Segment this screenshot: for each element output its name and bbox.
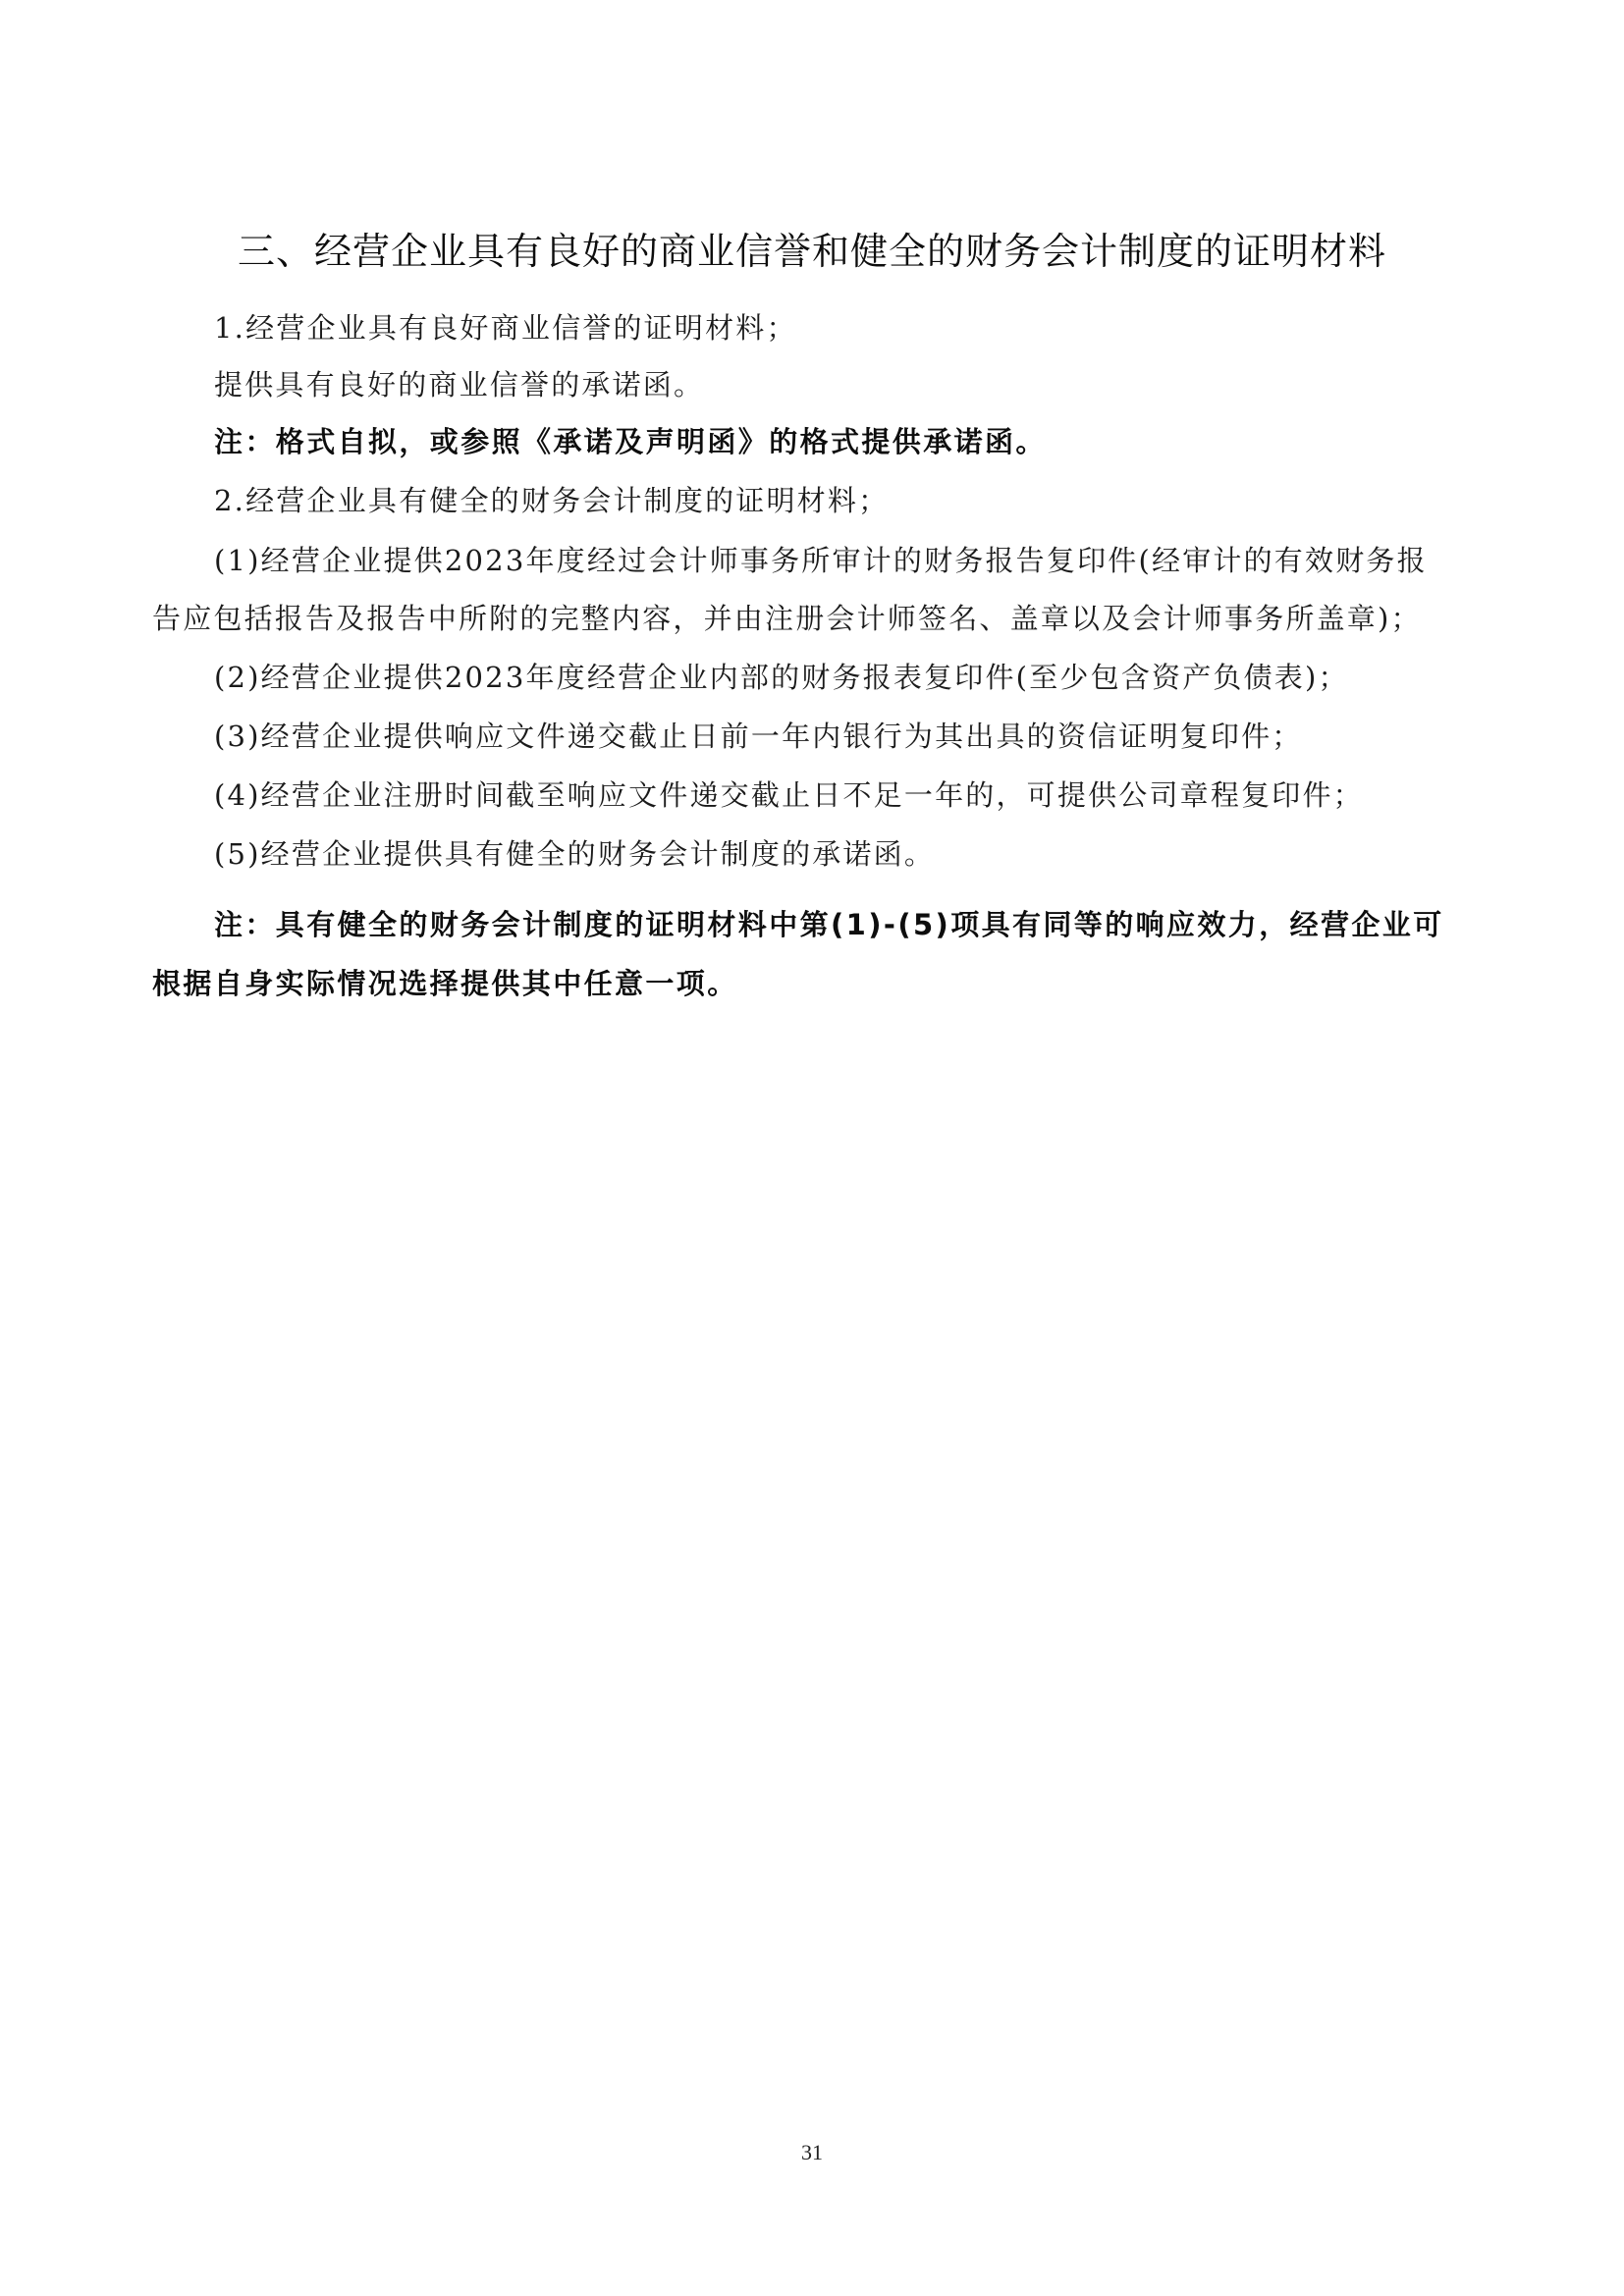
item-2: (2)经营企业提供2023年度经营企业内部的财务报表复印件(至少包含资产负债表)…	[214, 658, 1349, 697]
subsection-1-note: 注：格式自拟，或参照《承诺及声明函》的格式提供承诺函。	[214, 422, 1047, 461]
item-3: (3)经营企业提供响应文件递交截止日前一年内银行为其出具的资信证明复印件；	[214, 717, 1302, 756]
item-1-line-2: 告应包括报告及报告中所附的完整内容，并由注册会计师签名、盖章以及会计师事务所盖章…	[152, 599, 1422, 638]
subsection-1-title: 1.经营企业具有良好商业信誉的证明材料；	[214, 308, 797, 347]
item-5: (5)经营企业提供具有健全的财务会计制度的承诺函。	[214, 834, 935, 874]
item-4: (4)经营企业注册时间截至响应文件递交截止日不足一年的，可提供公司章程复印件；	[214, 775, 1364, 815]
subsection-1-body: 提供具有良好的商业信誉的承诺函。	[214, 365, 704, 404]
page-number: 31	[0, 2140, 1624, 2165]
subsection-2-note-line-2: 根据自身实际情况选择提供其中任意一项。	[152, 964, 738, 1003]
section-heading: 三、经营企业具有良好的商业信誉和健全的财务会计制度的证明材料	[0, 224, 1624, 279]
subsection-2-note-line-1: 注：具有健全的财务会计制度的证明材料中第(1)-(5)项具有同等的响应效力，经营…	[214, 905, 1444, 944]
item-1-line-1: (1)经营企业提供2023年度经过会计师事务所审计的财务报告复印件(经审计的有效…	[214, 541, 1428, 580]
document-page: 三、经营企业具有良好的商业信誉和健全的财务会计制度的证明材料 1.经营企业具有良…	[0, 0, 1624, 2296]
subsection-2-title: 2.经营企业具有健全的财务会计制度的证明材料；	[214, 481, 889, 520]
